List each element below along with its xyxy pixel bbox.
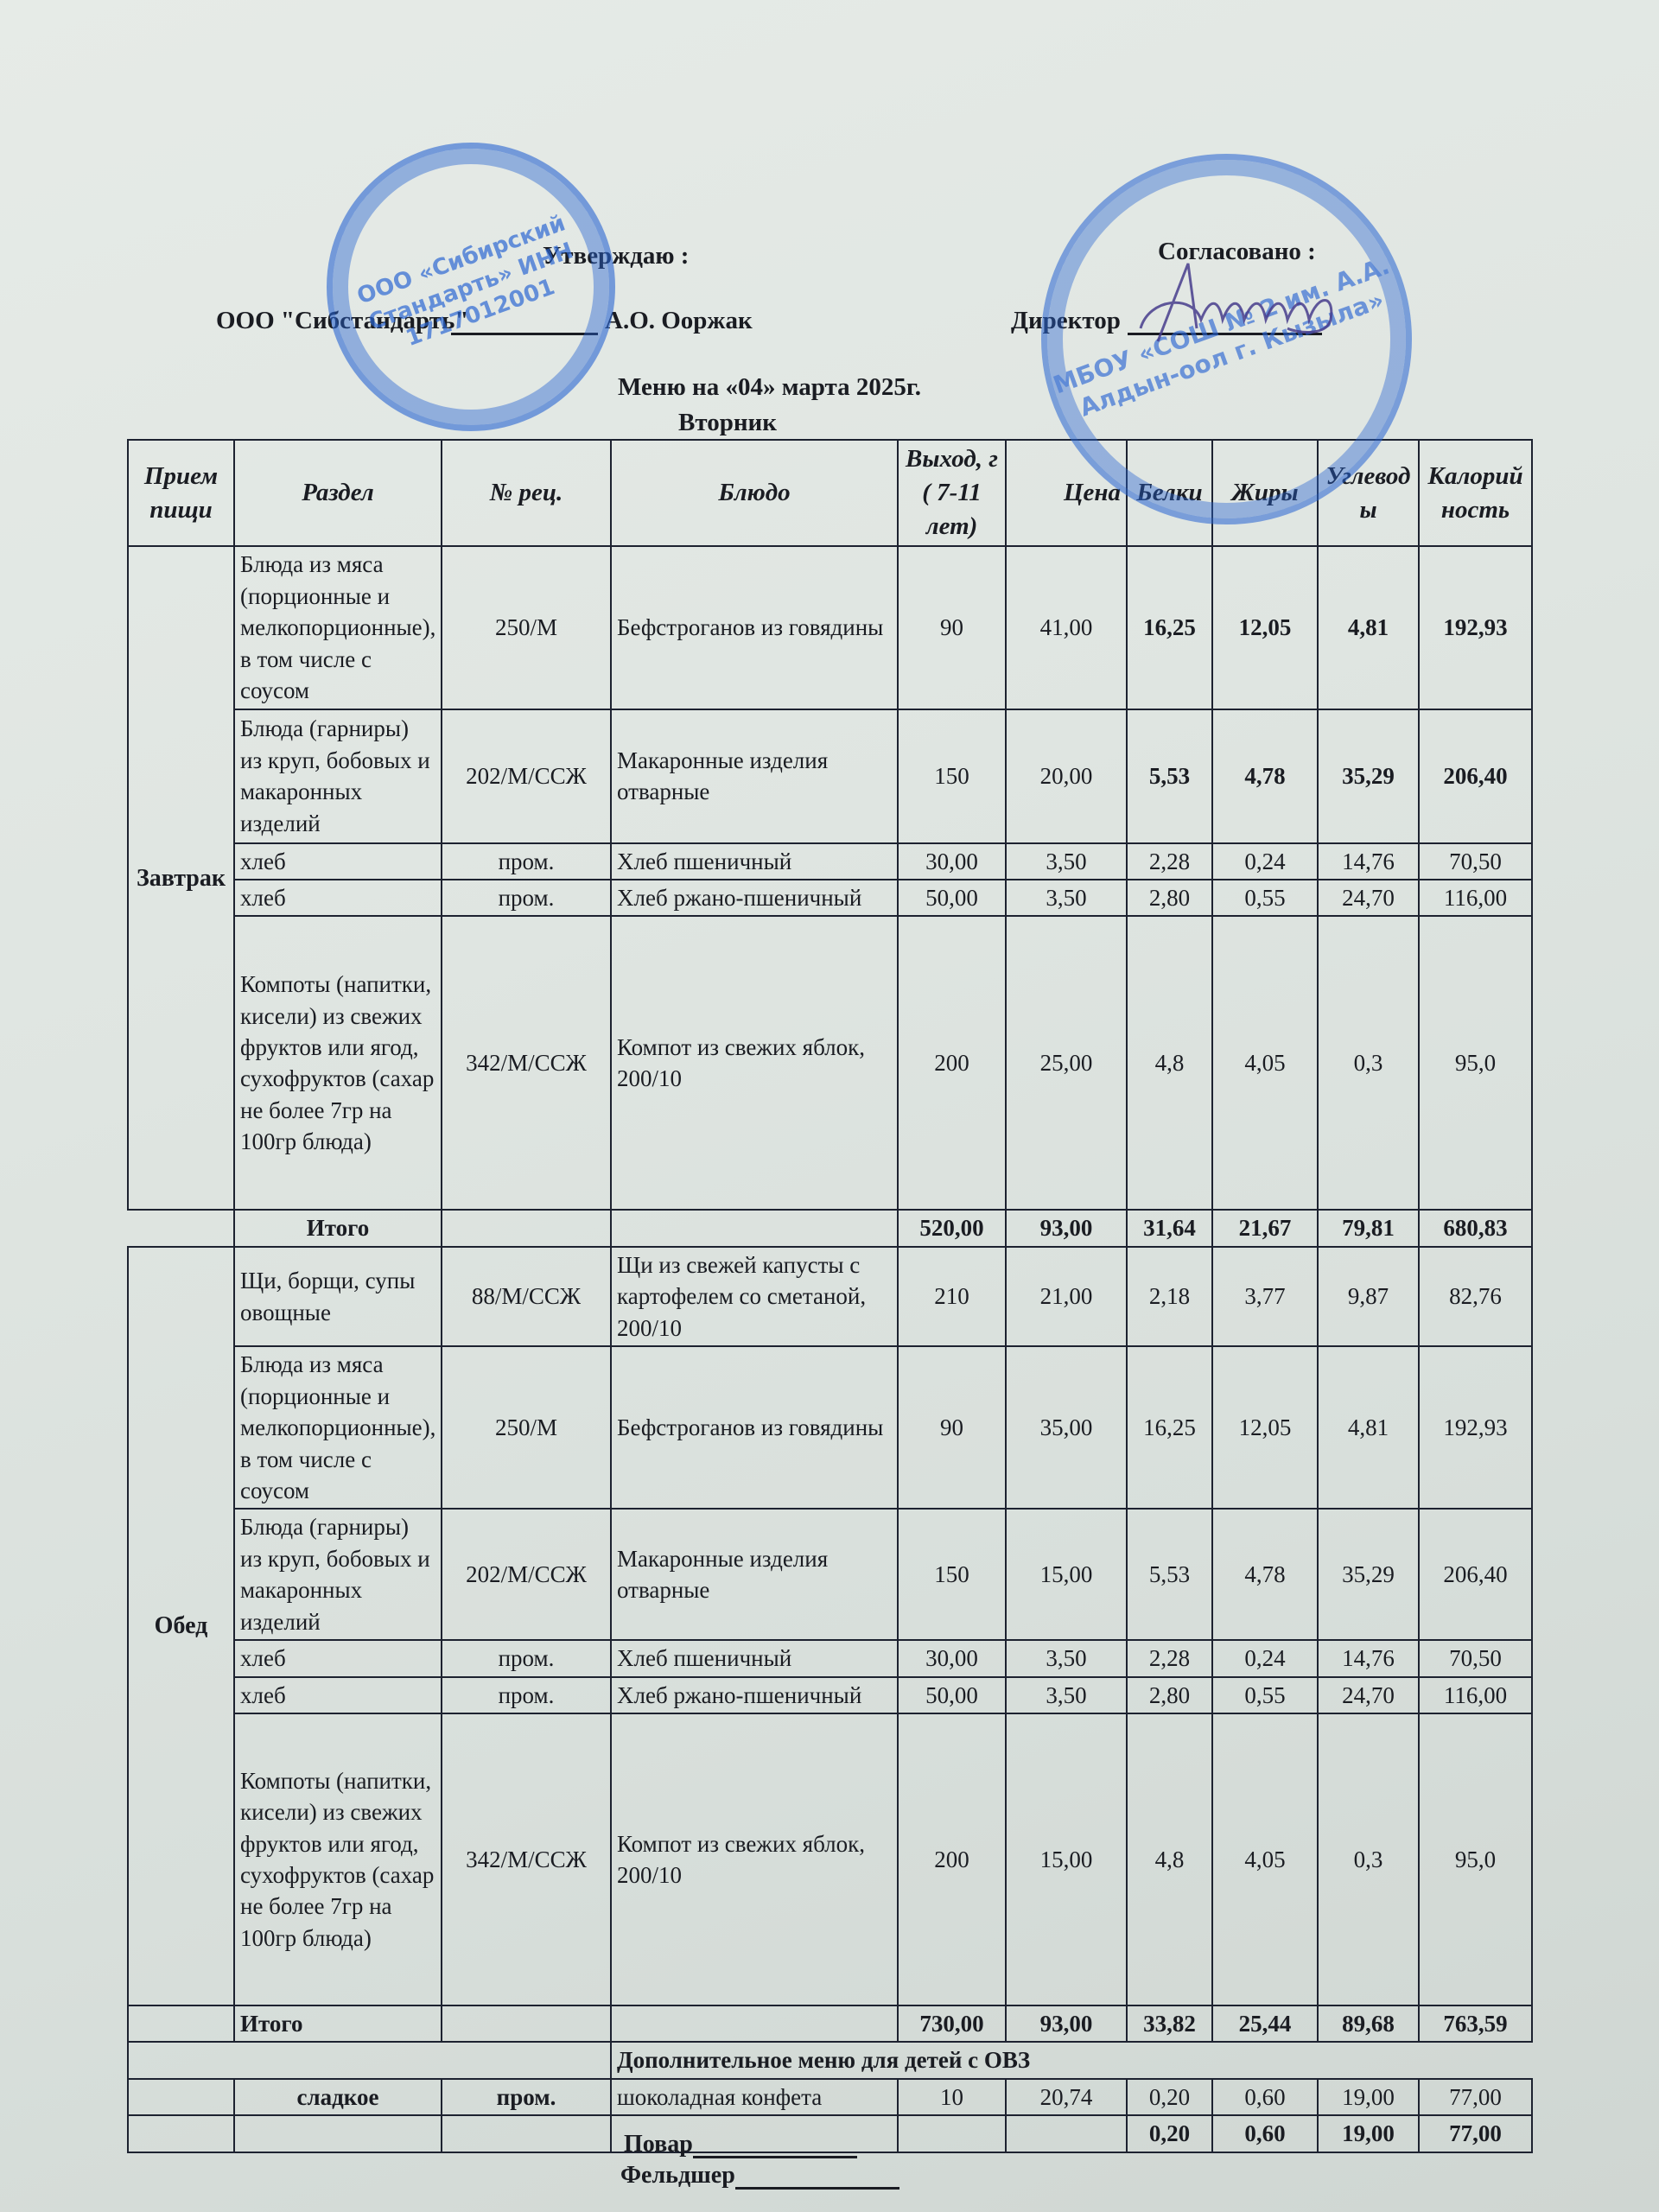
total-price: 93,00	[1006, 1210, 1127, 1246]
carbs-cell: 0,3	[1318, 916, 1419, 1210]
kcal-cell: 95,0	[1419, 1713, 1532, 2005]
fat-cell: 12,05	[1212, 1346, 1318, 1509]
kcal-cell: 192,93	[1419, 1346, 1532, 1509]
protein-cell: 2,80	[1127, 880, 1212, 916]
fat-cell: 12,05	[1212, 546, 1318, 709]
extra-menu-row: сладкоепром.шоколадная конфета1020,740,2…	[128, 2079, 1532, 2115]
yield-cell: 200	[898, 916, 1006, 1210]
price-cell: 3,50	[1006, 843, 1127, 880]
price-cell: 3,50	[1006, 880, 1127, 916]
yield-cell: 30,00	[898, 1640, 1006, 1676]
extra-total-carbs: 19,00	[1318, 2115, 1419, 2152]
yield-cell: 210	[898, 1247, 1006, 1346]
table-row: хлебпром.Хлеб ржано-пшеничный50,003,502,…	[128, 1677, 1532, 1713]
col-dish: Блюдо	[611, 440, 898, 546]
kcal-cell: 116,00	[1419, 880, 1532, 916]
total-dish-empty	[611, 2005, 898, 2042]
protein-cell: 2,18	[1127, 1247, 1212, 1346]
carbs-cell: 35,29	[1318, 1509, 1419, 1640]
recipe-cell: 250/М	[442, 1346, 611, 1509]
kcal-cell: 116,00	[1419, 1677, 1532, 1713]
price-cell: 35,00	[1006, 1346, 1127, 1509]
total-carbs: 79,81	[1318, 1210, 1419, 1246]
total-protein: 31,64	[1127, 1210, 1212, 1246]
price-cell: 41,00	[1006, 546, 1127, 709]
recipe-cell: 202/М/ССЖ	[442, 709, 611, 843]
total-kcal: 763,59	[1419, 2005, 1532, 2042]
cook-signature: Повар	[624, 2131, 857, 2158]
price-cell: 15,00	[1006, 1713, 1127, 2005]
extra-section-cell: сладкое	[234, 2079, 442, 2115]
fat-cell: 0,55	[1212, 880, 1318, 916]
table-row: Блюда (гарниры) из круп, бобовых и макар…	[128, 1509, 1532, 1640]
total-protein: 33,82	[1127, 2005, 1212, 2042]
kcal-cell: 82,76	[1419, 1247, 1532, 1346]
col-carbs: Углевод ы	[1318, 440, 1419, 546]
extra-protein-cell: 0,20	[1127, 2079, 1212, 2115]
section-cell: Компоты (напитки, кисели) из свежих фрук…	[234, 916, 442, 1210]
company-stamp: ООО «Сибирский Стандарть» ИНН 1717012001	[327, 143, 615, 431]
medic-signature-line	[735, 2166, 899, 2190]
protein-cell: 4,8	[1127, 916, 1212, 1210]
menu-table: Прием пищи Раздел № рец. Блюдо Выход, г …	[127, 439, 1533, 2153]
total-fat: 21,67	[1212, 1210, 1318, 1246]
carbs-cell: 24,70	[1318, 1677, 1419, 1713]
table-row: Блюда (гарниры) из круп, бобовых и макар…	[128, 709, 1532, 843]
extra-menu-title-row: Дополнительное меню для детей с ОВЗ	[128, 2042, 1532, 2078]
fat-cell: 0,24	[1212, 843, 1318, 880]
col-section: Раздел	[234, 440, 442, 546]
protein-cell: 5,53	[1127, 709, 1212, 843]
section-cell: хлеб	[234, 880, 442, 916]
total-carbs: 89,68	[1318, 2005, 1419, 2042]
total-fat: 25,44	[1212, 2005, 1318, 2042]
table-row: ЗавтракБлюда из мяса (порционные и мелко…	[128, 546, 1532, 709]
fat-cell: 4,78	[1212, 709, 1318, 843]
extra-total-empty-cell	[128, 2115, 234, 2152]
price-cell: 3,50	[1006, 1640, 1127, 1676]
total-price: 93,00	[1006, 2005, 1127, 2042]
extra-total-empty-cell	[1006, 2115, 1127, 2152]
yield-cell: 200	[898, 1713, 1006, 2005]
section-cell: хлеб	[234, 1677, 442, 1713]
total-yield: 520,00	[898, 1210, 1006, 1246]
protein-cell: 2,28	[1127, 1640, 1212, 1676]
recipe-cell: 88/М/ССЖ	[442, 1247, 611, 1346]
recipe-cell: 250/М	[442, 546, 611, 709]
fat-cell: 0,55	[1212, 1677, 1318, 1713]
yield-cell: 50,00	[898, 880, 1006, 916]
meal-name: Завтрак	[128, 546, 234, 1210]
recipe-cell: 342/М/ССЖ	[442, 1713, 611, 2005]
extra-kcal-cell: 77,00	[1419, 2079, 1532, 2115]
col-meal: Прием пищи	[128, 440, 234, 546]
total-label: Итого	[234, 2005, 442, 2042]
yield-cell: 90	[898, 546, 1006, 709]
company-name: ООО "Сибстандарть"	[216, 307, 468, 335]
recipe-cell: пром.	[442, 1677, 611, 1713]
price-cell: 21,00	[1006, 1247, 1127, 1346]
fat-cell: 0,24	[1212, 1640, 1318, 1676]
school-stamp-text: МБОУ «СОШ № 2 им. А.А. Алдын-оол г. Кызы…	[1048, 250, 1406, 429]
recipe-cell: пром.	[442, 880, 611, 916]
yield-cell: 90	[898, 1346, 1006, 1509]
protein-cell: 16,25	[1127, 546, 1212, 709]
meal-name: Обед	[128, 1247, 234, 2005]
director-label: Директор	[1011, 307, 1121, 335]
director-signature-line	[1128, 333, 1322, 335]
carbs-cell: 9,87	[1318, 1247, 1419, 1346]
cook-label: Повар	[624, 2131, 693, 2158]
carbs-cell: 14,76	[1318, 843, 1419, 880]
extra-total-empty-cell	[442, 2115, 611, 2152]
kcal-cell: 206,40	[1419, 1509, 1532, 1640]
extra-dish-cell: шоколадная конфета	[611, 2079, 898, 2115]
kcal-cell: 206,40	[1419, 709, 1532, 843]
dish-cell: Бефстроганов из говядины	[611, 546, 898, 709]
carbs-cell: 4,81	[1318, 546, 1419, 709]
extra-total-protein: 0,20	[1127, 2115, 1212, 2152]
table-row: Компоты (напитки, кисели) из свежих фрук…	[128, 1713, 1532, 2005]
section-cell: Блюда (гарниры) из круп, бобовых и макар…	[234, 709, 442, 843]
approve-signature-line	[451, 333, 598, 335]
fat-cell: 4,05	[1212, 916, 1318, 1210]
table-row: ОбедЩи, борщи, супы овощные88/М/ССЖЩи из…	[128, 1247, 1532, 1346]
protein-cell: 16,25	[1127, 1346, 1212, 1509]
section-cell: Блюда (гарниры) из круп, бобовых и макар…	[234, 1509, 442, 1640]
price-cell: 15,00	[1006, 1509, 1127, 1640]
table-row: хлебпром.Хлеб ржано-пшеничный50,003,502,…	[128, 880, 1532, 916]
total-empty-cell	[128, 2005, 234, 2042]
recipe-cell: пром.	[442, 1640, 611, 1676]
recipe-cell: 202/М/ССЖ	[442, 1509, 611, 1640]
protein-cell: 2,28	[1127, 843, 1212, 880]
fat-cell: 4,78	[1212, 1509, 1318, 1640]
dish-cell: Хлеб ржано-пшеничный	[611, 1677, 898, 1713]
extra-blank-cell	[128, 2042, 611, 2078]
protein-cell: 2,80	[1127, 1677, 1212, 1713]
table-row: хлебпром.Хлеб пшеничный30,003,502,280,24…	[128, 1640, 1532, 1676]
table-row: хлебпром.Хлеб пшеничный30,003,502,280,24…	[128, 843, 1532, 880]
dish-cell: Хлеб ржано-пшеничный	[611, 880, 898, 916]
total-row: Итого730,0093,0033,8225,4489,68763,59	[128, 2005, 1532, 2042]
total-recipe-empty	[442, 2005, 611, 2042]
kcal-cell: 70,50	[1419, 1640, 1532, 1676]
col-fat: Жиры	[1212, 440, 1318, 546]
extra-total-empty-cell	[898, 2115, 1006, 2152]
cook-signature-line	[693, 2135, 857, 2158]
price-cell: 3,50	[1006, 1677, 1127, 1713]
carbs-cell: 35,29	[1318, 709, 1419, 843]
fat-cell: 3,77	[1212, 1247, 1318, 1346]
extra-fat-cell: 0,60	[1212, 2079, 1318, 2115]
total-recipe-empty	[442, 1210, 611, 1246]
dish-cell: Макаронные изделия отварные	[611, 1509, 898, 1640]
protein-cell: 4,8	[1127, 1713, 1212, 2005]
fat-cell: 4,05	[1212, 1713, 1318, 2005]
weekday: Вторник	[678, 409, 777, 437]
dish-cell: Щи из свежей капусты с картофелем со сме…	[611, 1247, 898, 1346]
dish-cell: Макаронные изделия отварные	[611, 709, 898, 843]
kcal-cell: 70,50	[1419, 843, 1532, 880]
table-header-row: Прием пищи Раздел № рец. Блюдо Выход, г …	[128, 440, 1532, 546]
total-empty-cell	[128, 1210, 234, 1246]
table-row: Компоты (напитки, кисели) из свежих фрук…	[128, 916, 1532, 1210]
menu-title: Меню на «04» марта 2025г.	[618, 373, 921, 402]
protein-cell: 5,53	[1127, 1509, 1212, 1640]
price-cell: 25,00	[1006, 916, 1127, 1210]
col-yield: Выход, г ( 7-11 лет)	[898, 440, 1006, 546]
recipe-cell: пром.	[442, 843, 611, 880]
carbs-cell: 24,70	[1318, 880, 1419, 916]
extra-carbs-cell: 19,00	[1318, 2079, 1419, 2115]
company-stamp-text: ООО «Сибирский Стандарть» ИНН 1717012001	[327, 200, 615, 373]
section-cell: Блюда из мяса (порционные и мелкопорцион…	[234, 1346, 442, 1509]
section-cell: хлеб	[234, 1640, 442, 1676]
total-dish-empty	[611, 1210, 898, 1246]
recipe-cell: 342/М/ССЖ	[442, 916, 611, 1210]
dish-cell: Компот из свежих яблок, 200/10	[611, 1713, 898, 2005]
col-kcal: Калорий ность	[1419, 440, 1532, 546]
carbs-cell: 14,76	[1318, 1640, 1419, 1676]
section-cell: Блюда из мяса (порционные и мелкопорцион…	[234, 546, 442, 709]
medic-label: Фельдшер	[620, 2162, 735, 2189]
col-recipe: № рец.	[442, 440, 611, 546]
extra-price-cell: 20,74	[1006, 2079, 1127, 2115]
col-price: Цена	[1006, 440, 1127, 546]
extra-total-fat: 0,60	[1212, 2115, 1318, 2152]
carbs-cell: 0,3	[1318, 1713, 1419, 2005]
table-row: Блюда из мяса (порционные и мелкопорцион…	[128, 1346, 1532, 1509]
agreed-label: Согласовано :	[1158, 238, 1316, 266]
price-cell: 20,00	[1006, 709, 1127, 843]
extra-yield-cell: 10	[898, 2079, 1006, 2115]
medic-signature: Фельдшер	[620, 2162, 899, 2190]
section-cell: Щи, борщи, супы овощные	[234, 1247, 442, 1346]
total-label: Итого	[234, 1210, 442, 1246]
extra-total-kcal: 77,00	[1419, 2115, 1532, 2152]
total-yield: 730,00	[898, 2005, 1006, 2042]
dish-cell: Компот из свежих яблок, 200/10	[611, 916, 898, 1210]
extra-total-empty-cell	[234, 2115, 442, 2152]
extra-recipe-cell: пром.	[442, 2079, 611, 2115]
section-cell: Компоты (напитки, кисели) из свежих фрук…	[234, 1713, 442, 2005]
dish-cell: Хлеб пшеничный	[611, 1640, 898, 1676]
total-row: Итого520,0093,0031,6421,6779,81680,83	[128, 1210, 1532, 1246]
total-kcal: 680,83	[1419, 1210, 1532, 1246]
kcal-cell: 192,93	[1419, 546, 1532, 709]
approve-label: Утверждаю :	[543, 242, 689, 270]
yield-cell: 30,00	[898, 843, 1006, 880]
approver-name: А.О. Ооржак	[605, 307, 753, 335]
extra-empty-cell	[128, 2079, 234, 2115]
dish-cell: Бефстроганов из говядины	[611, 1346, 898, 1509]
yield-cell: 150	[898, 709, 1006, 843]
dish-cell: Хлеб пшеничный	[611, 843, 898, 880]
extra-menu-title: Дополнительное меню для детей с ОВЗ	[611, 2042, 1532, 2078]
yield-cell: 50,00	[898, 1677, 1006, 1713]
col-protein: Белки	[1127, 440, 1212, 546]
kcal-cell: 95,0	[1419, 916, 1532, 1210]
section-cell: хлеб	[234, 843, 442, 880]
carbs-cell: 4,81	[1318, 1346, 1419, 1509]
yield-cell: 150	[898, 1509, 1006, 1640]
